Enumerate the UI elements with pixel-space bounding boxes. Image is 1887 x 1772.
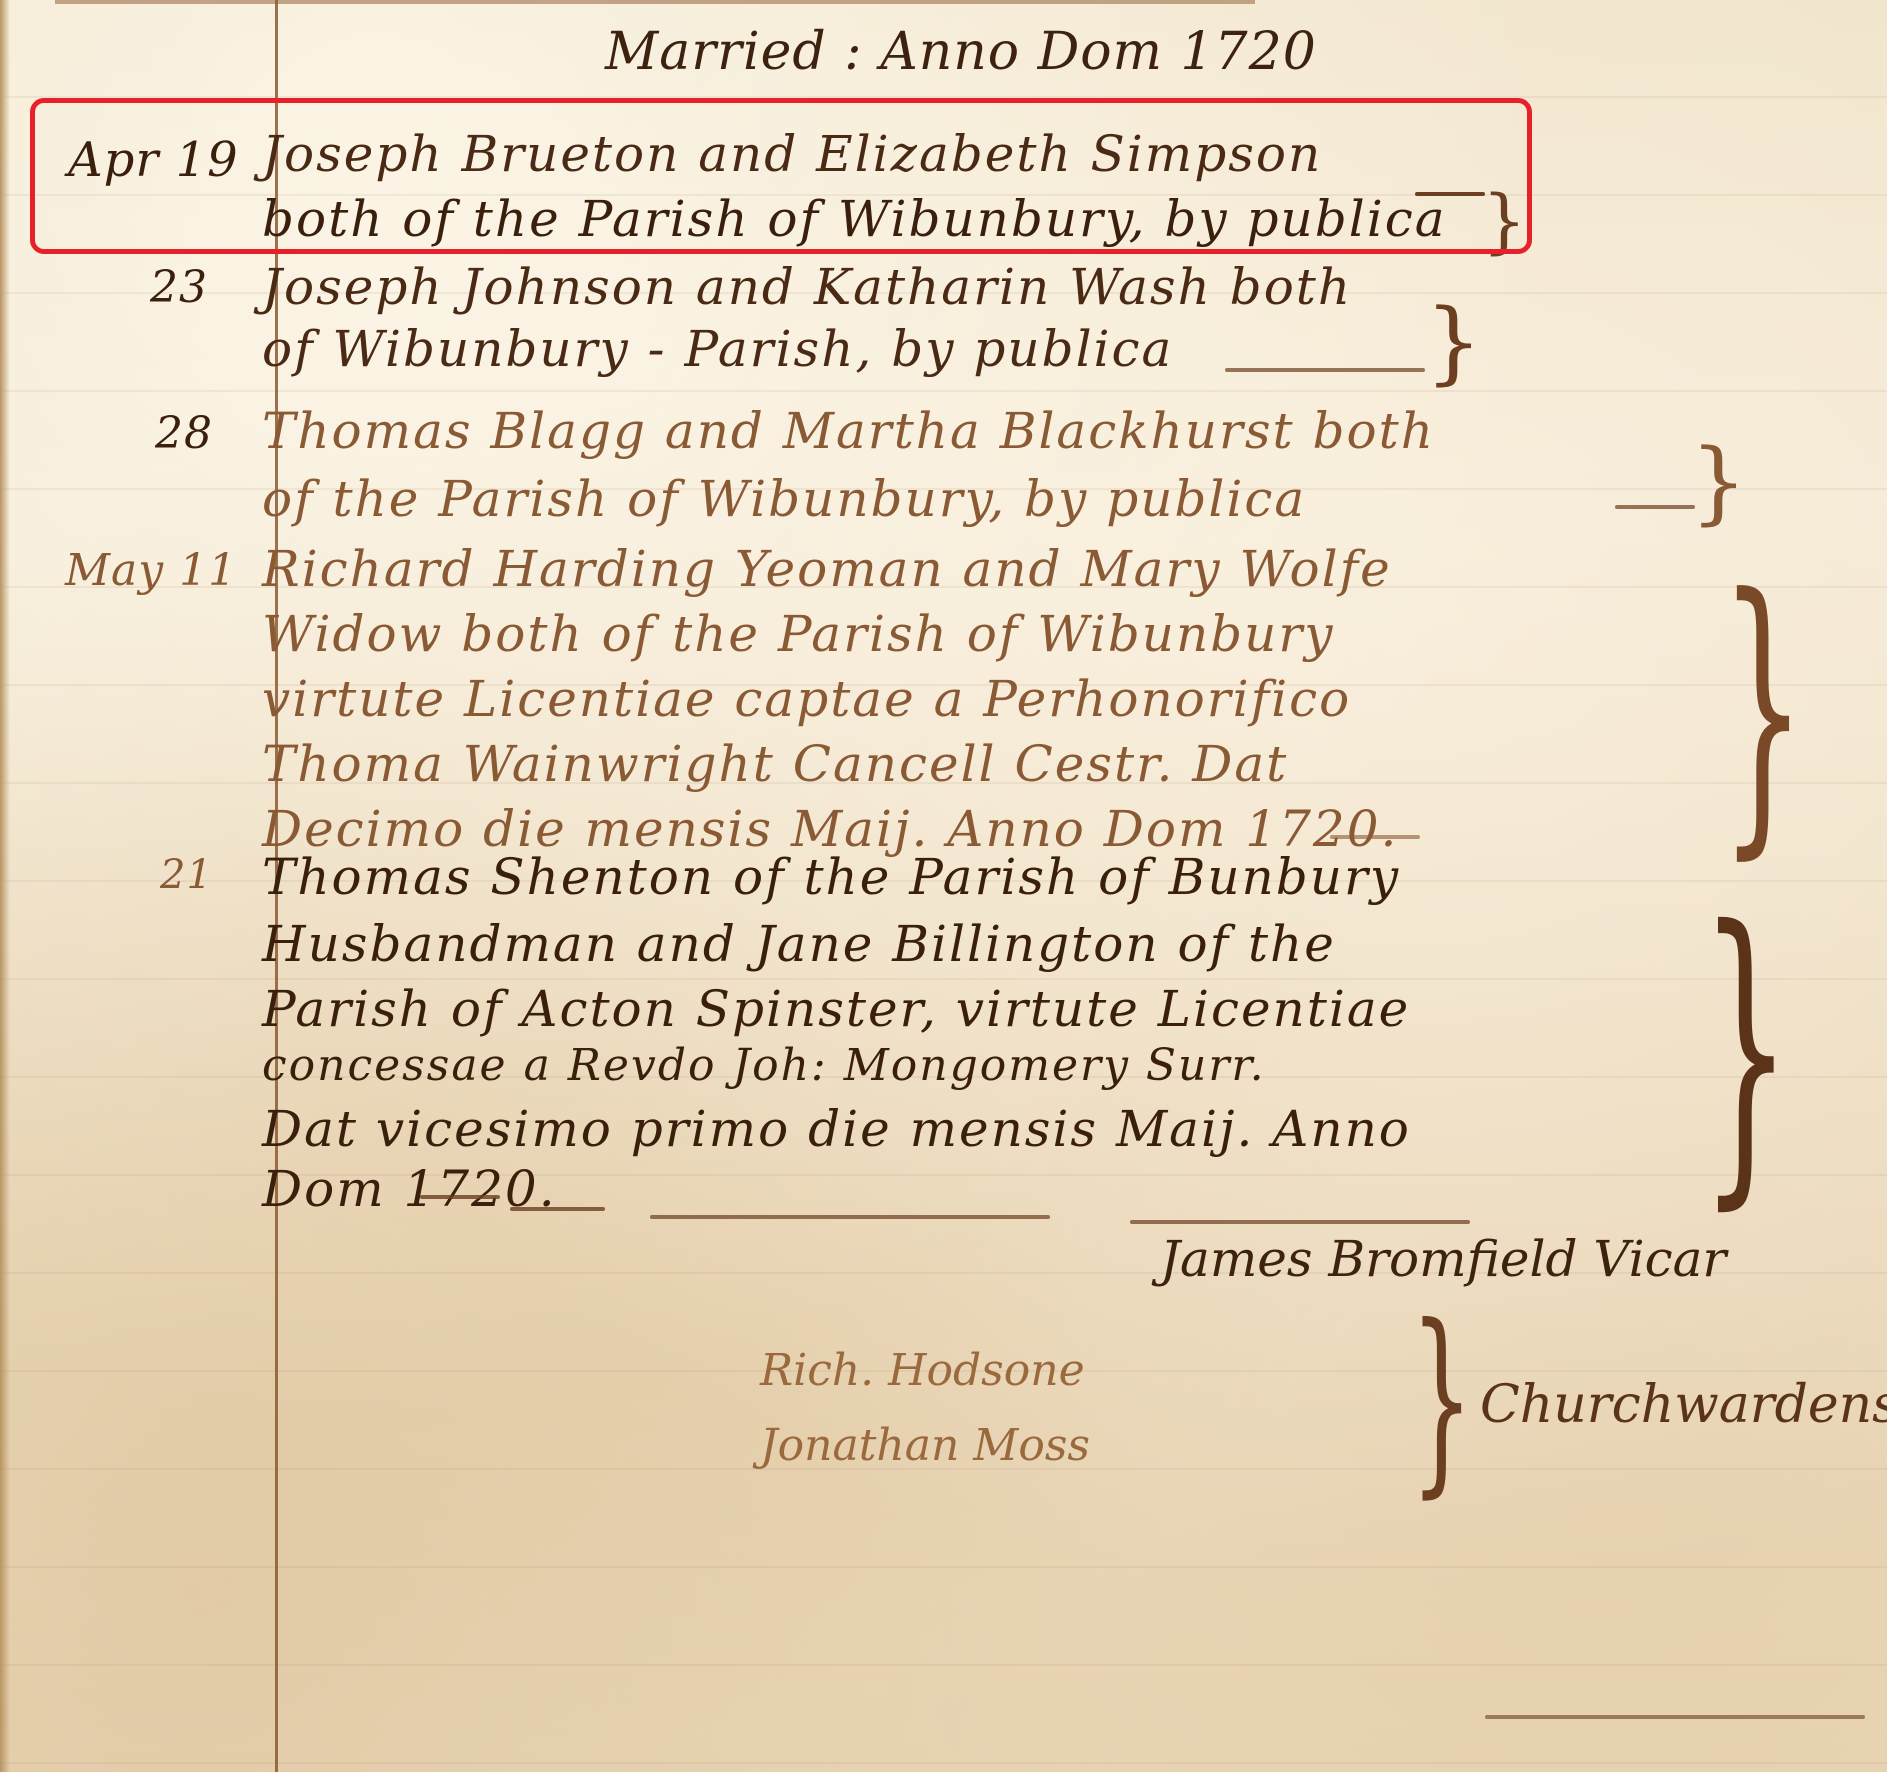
line-filler-dash	[420, 1195, 500, 1199]
line-filler-dash	[1615, 505, 1695, 509]
entry-date: Apr 19	[68, 132, 239, 188]
line-filler-dash	[1330, 835, 1420, 839]
line-filler-dash	[1225, 368, 1425, 372]
warden-signature: Jonathan Moss	[760, 1420, 1090, 1471]
entry-line: Husbandman and Jane Billington of the	[262, 915, 1336, 973]
entry-bracket: }	[1482, 180, 1527, 262]
entry-line: Richard Harding Yeoman and Mary Wolfe	[262, 540, 1392, 598]
entry-date: 21	[160, 852, 213, 898]
entry-line: concessae a Revdo Joh: Mongomery Surr.	[262, 1040, 1266, 1091]
entry-line: Widow both of the Parish of Wibunbury	[262, 605, 1335, 663]
entry-line: both of the Parish of Wibunbury, by publ…	[262, 190, 1447, 248]
warden-signature: Rich. Hodsone	[760, 1345, 1085, 1396]
closing-rule	[1485, 1715, 1865, 1719]
entry-date: May 11	[65, 545, 237, 596]
line-filler-dash	[1415, 192, 1485, 196]
entry-line: of the Parish of Wibunbury, by publica	[262, 470, 1306, 528]
vicar-signature: James Bromfield Vicar	[1160, 1230, 1726, 1288]
entry-bracket: }	[1425, 290, 1482, 395]
entry-line: Thomas Shenton of the Parish of Bunbury	[262, 848, 1400, 906]
manuscript-page: Married : Anno Dom 1720 Apr 19 Joseph Br…	[0, 0, 1887, 1772]
line-filler-dash	[1130, 1220, 1470, 1224]
entry-line: of Wibunbury - Parish, by publica	[262, 320, 1173, 378]
page-heading: Married : Anno Dom 1720	[605, 22, 1317, 82]
entry-line: Thoma Wainwright Cancell Cestr. Dat	[262, 735, 1288, 793]
entry-line: Thomas Blagg and Martha Blackhurst both	[262, 402, 1435, 460]
top-rule	[55, 0, 1255, 4]
wardens-bracket: }	[1410, 1300, 1474, 1500]
entry-bracket: }	[1720, 560, 1806, 860]
binding-edge	[0, 0, 10, 1772]
line-filler-dash	[650, 1215, 1050, 1219]
line-filler-dash	[510, 1207, 605, 1211]
entry-line: virtute Licentiae captae a Perhonorifico	[262, 670, 1351, 728]
entry-line: Parish of Acton Spinster, virtute Licent…	[262, 980, 1410, 1038]
entry-line: Joseph Johnson and Katharin Wash both	[262, 258, 1352, 316]
entry-date: 28	[155, 408, 213, 459]
entry-bracket: }	[1700, 890, 1792, 1210]
churchwardens-label: Churchwardens	[1480, 1375, 1887, 1435]
entry-line: Dat vicesimo primo die mensis Maij. Anno	[262, 1100, 1411, 1158]
entry-date: 23	[150, 262, 208, 313]
entry-bracket: }	[1690, 430, 1747, 535]
entry-line: Joseph Brueton and Elizabeth Simpson	[262, 125, 1322, 183]
